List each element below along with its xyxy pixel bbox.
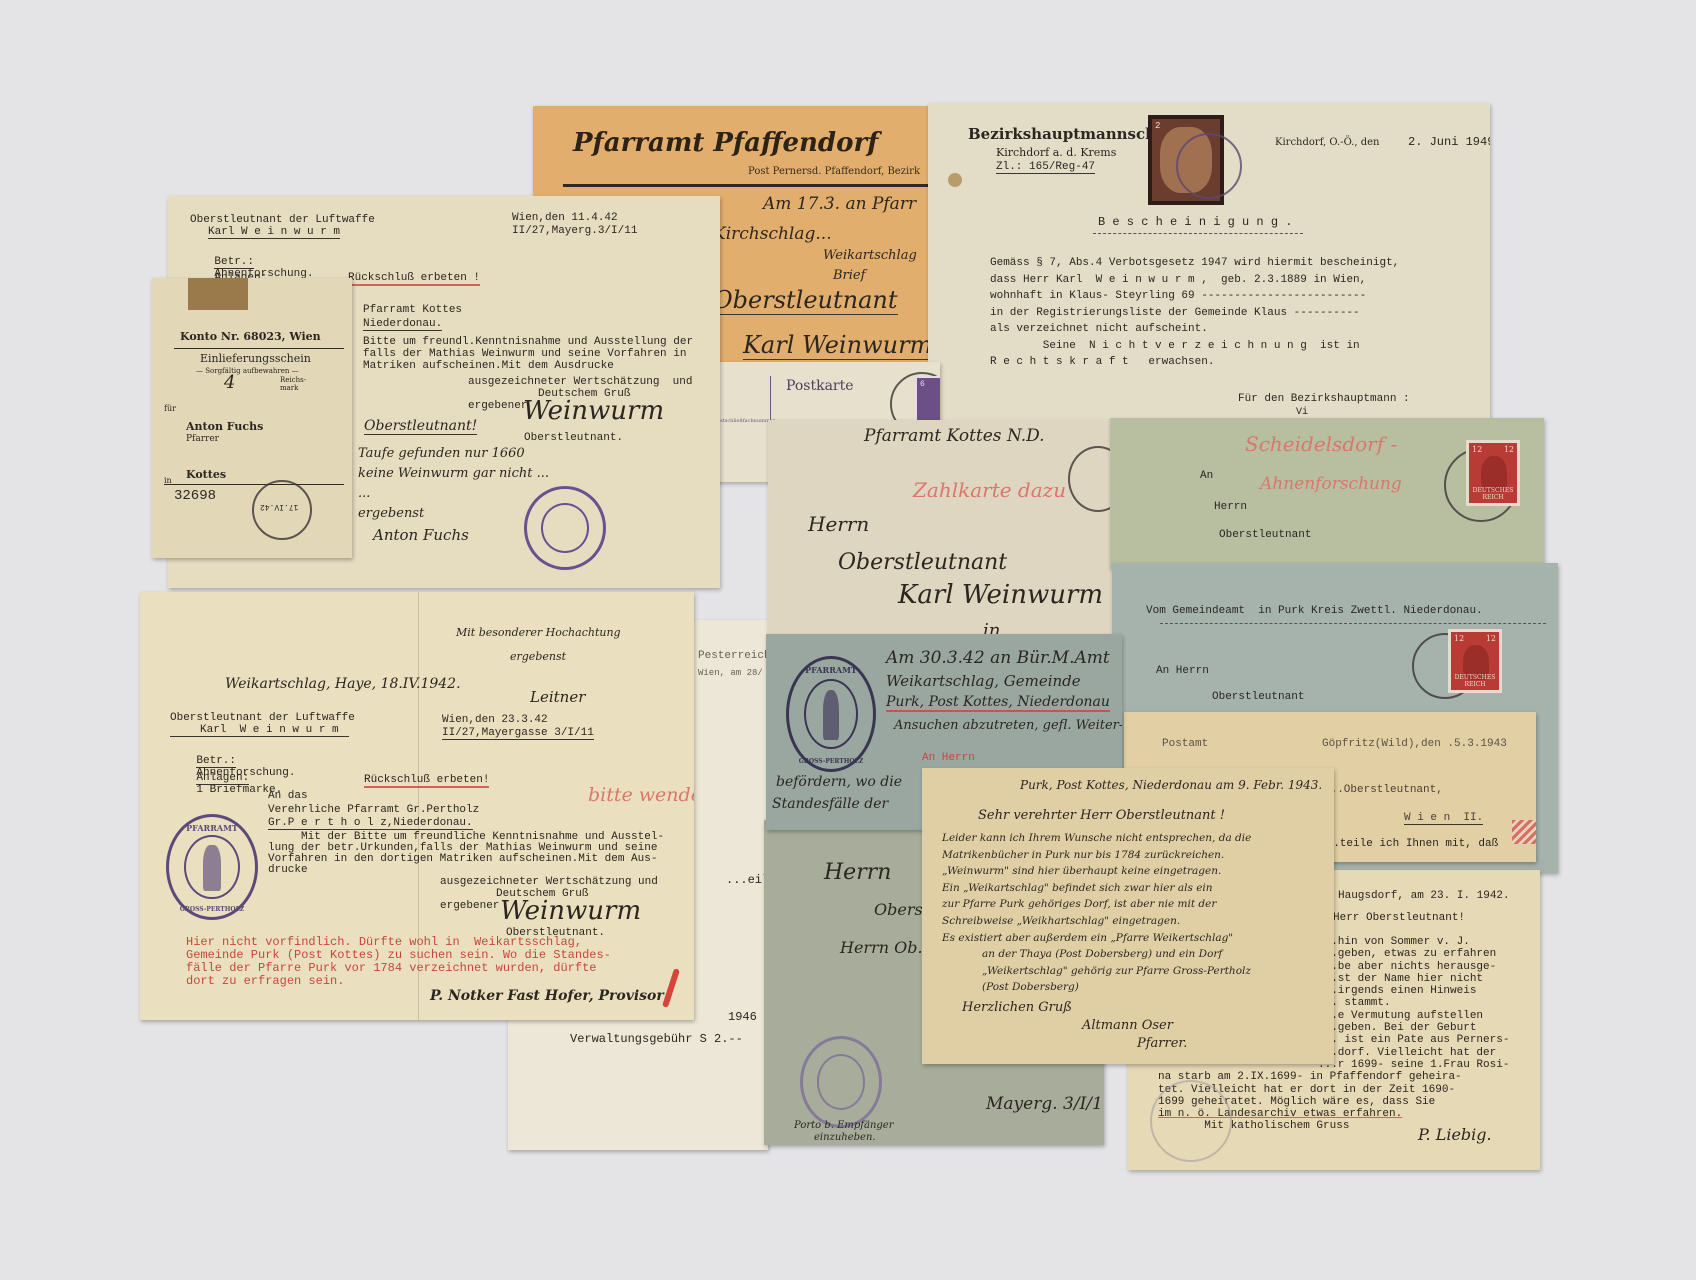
amount-reichsmark: 4 [224, 372, 235, 393]
signature: Altmann Oser [1082, 1018, 1173, 1033]
body-line: na starb am 2.IX.1699- in Pfaffendorf ge… [1158, 1071, 1509, 1083]
payee-title: Pfarrer [186, 434, 219, 444]
address-line: Herrn [808, 512, 869, 536]
body-line: Seine N i c h t v e r z e i c h n u n g … [990, 338, 1399, 355]
certificate-signature-line: Für den Bezirkshauptmann : [1238, 393, 1410, 405]
letter-sender: Postamt [1162, 738, 1208, 750]
sender-name: Karl W e i n w u r m [208, 226, 340, 239]
handwritten-note: Purk, Post Kottes, Niederdonau [886, 694, 1110, 712]
handwritten-closing: Leitner [530, 688, 585, 706]
handwritten-note: Am 30.3.42 an Bür.M.Amt [886, 648, 1110, 668]
handwritten-closing: ergebenst [510, 650, 566, 663]
letter-date: Haugsdorf, am 23. I. 1942. [1338, 890, 1510, 902]
body-line: ...teile ich Ihnen mit, daß [1320, 838, 1498, 850]
handwritten-address: Herrn Ob... [840, 938, 933, 957]
letter-closing: Herzlichen Gruß [962, 1000, 1072, 1015]
letter-date: Wien,den 23.3.42 [442, 714, 548, 726]
certificate-body: Gemäss § 7, Abs.4 Verbotsgesetz 1947 wir… [990, 255, 1399, 371]
form-note: — Sorgfältig aufbewahren — [196, 367, 299, 375]
handwritten-note-line-6: Karl Weinwurm [743, 331, 932, 360]
handwritten-reply: Taufe gefunden nur 1660 [358, 446, 525, 461]
enclosure: Anlagen: 1 Briefmarke. [170, 760, 282, 808]
body-line: als verzeichnet nicht aufscheint. [990, 321, 1399, 338]
seal-text: PFARRAMT [789, 665, 873, 675]
slip-rule [164, 484, 344, 485]
certificate-reference: Zl.: 165/Reg-47 [996, 161, 1095, 174]
letterhead-rule [563, 184, 933, 187]
body-line: falls der Mathias Weinwurm und seine Vor… [363, 348, 686, 360]
fee-document-fragment: ...eiliche [726, 873, 768, 887]
authority-seal [1176, 133, 1242, 199]
recipient-line: Pfarramt Kottes [363, 304, 462, 316]
envelope-sender: Pfarramt Kottes N.D. [864, 426, 1045, 446]
weikertschlag-parish-seal [800, 1036, 882, 1128]
address-line: An [1200, 470, 1213, 482]
stamp-value: 12 [1486, 634, 1496, 643]
body-line: dass Herr Karl W e i n w u r m , geb. 2.… [990, 272, 1399, 289]
paper-patch [188, 278, 248, 310]
body-line: Matriken aufscheinen.Mit dem Ausdrucke [363, 360, 614, 372]
handwritten-reply: ... [358, 486, 370, 501]
handwritten-note-line-4: Brief [833, 268, 865, 283]
reply-request: Rückschluß erbeten! [364, 774, 489, 788]
postkarte-small-label: Postschließfachnummer [714, 418, 775, 424]
recipient-line: W i e n II. [1404, 812, 1483, 825]
body-line: in der Registrierungsliste der Gemeinde … [990, 305, 1399, 322]
kottes-envelope: Pfarramt Kottes N.D. Zahlkarte dazu Herr… [768, 420, 1130, 650]
body-line: zur Pfarre Purk gehöriges Dorf, ist aber… [942, 896, 1251, 913]
body-line: drucke [268, 864, 308, 876]
signature: Weinwurm [523, 396, 664, 426]
stamp-value: 12 [1472, 445, 1482, 454]
seal-text: GROSS-PERTHOLZ [169, 906, 255, 913]
letter-body: Leider kann ich Ihrem Wunsche nicht ents… [942, 830, 1251, 996]
receipt-number: 32698 [174, 488, 216, 504]
address-line: Herrn [1214, 501, 1247, 513]
body-line: an der Thaya (Post Dobersberg) und ein D… [942, 946, 1251, 963]
red-note: Scheidelsdorf - [1245, 432, 1397, 456]
punch-hole [948, 173, 962, 187]
letter-address: II/27,Mayerg.3/I/11 [512, 225, 637, 237]
body-line: Matrikenbücher in Purk nur bis 1784 zurü… [942, 847, 1251, 864]
handwritten-note-left: befördern, wo die [776, 774, 902, 790]
recipient-line: Niederdonau. [363, 318, 442, 331]
closing-line: ergebener [468, 400, 527, 412]
handwritten-note-line-5: Oberstleutnant [713, 286, 898, 315]
recipient-line: An das [268, 790, 308, 802]
certificate-signature-prefix: Vi [1296, 407, 1308, 418]
certificate-1949: Bezirkshauptmannschaft Kirchdorf a. d. K… [928, 103, 1490, 423]
handwritten-note-line-1: Am 17.3. an Pfarr [763, 194, 916, 214]
purk-handwritten-letter-1943: Purk, Post Kottes, Niederdonau am 9. Feb… [922, 768, 1334, 1064]
address-line: Karl Weinwurm [898, 580, 1103, 610]
grosspertholz-letter-1942: Weikartschlag, Haye, 18.IV.1942. Mit bes… [140, 592, 694, 1020]
amount-label: Reichs-mark [280, 376, 306, 392]
certificate-date-line: Kirchdorf, O.-Ö., den [1275, 137, 1379, 148]
letter-date: Göpfritz(Wild),den .5.3.1943 [1322, 738, 1507, 750]
account-number: Konto Nr. 68023, Wien [180, 330, 321, 343]
body-line: Leider kann ich Ihrem Wunsche nicht ents… [942, 830, 1251, 847]
postmark-date: 17.IV.42 [260, 502, 298, 511]
haugsdorf-parish-seal [1150, 1080, 1232, 1162]
handwritten-address: Herrn [824, 860, 891, 885]
slip-rule [174, 348, 344, 349]
closing-line: ausgezeichneter Wertschätzung und [440, 876, 658, 888]
body-line: „Weinwurm" sind hier überhaupt keine ein… [942, 863, 1251, 880]
body-line: wohnhaft in Klaus- Steyrling 69 --------… [990, 288, 1399, 305]
letter-address: II/27,Mayergasse 3/I/11 [442, 727, 594, 740]
red-note: Zahlkarte dazu [913, 478, 1066, 502]
body-line: Ein „Weikartschlag" befindet sich zwar h… [942, 880, 1251, 897]
postage-stamp-value: 6 [920, 380, 925, 389]
signature-title: Oberstleutnant. [524, 432, 623, 444]
handwritten-reply: ergebenst [358, 506, 424, 521]
closing-line: ausgezeichneter Wertschätzung und [468, 376, 692, 388]
handwritten-reply: Oberstleutnant! [364, 418, 477, 435]
handwritten-address: Mayerg. 3/I/11. [986, 1094, 1104, 1114]
red-typed-reply: Hier nicht vorfindlich. Dürfte wohl in W… [186, 936, 611, 988]
handwritten-note: Weikartschlag, Gemeinde [886, 672, 1081, 690]
address-line: An Herrn [1156, 665, 1209, 677]
signature: Weinwurm [500, 896, 641, 926]
seal-text: PFARRAMT [169, 823, 255, 833]
red-address: An Herrn [922, 752, 975, 764]
sender-name: Karl W e i n w u r m [170, 724, 349, 737]
postage-stamp-12: 12 12 DEUTSCHES REICH [1466, 440, 1520, 506]
seal-text: GROSS-PERTHOLZ [789, 758, 873, 765]
grosspertholz-parish-seal: PFARRAMT GROSS-PERTHOLZ [166, 814, 258, 920]
body-line: (Post Dobersberg) [942, 979, 1251, 996]
postage-due-note: einzuheben. [814, 1132, 876, 1143]
handwritten-reply: keine Weinwurm gar nicht ... [358, 466, 549, 481]
payee-name: Anton Fuchs [186, 420, 263, 433]
stamp-label: DEUTSCHES REICH [1451, 674, 1499, 688]
for-label: für [164, 404, 176, 413]
slip-place: Kottes [186, 468, 226, 481]
address-line: Oberstleutnant [1212, 691, 1304, 703]
reply-line: dort zu erfragen sein. [186, 975, 611, 988]
fee-document-year: 1946 [728, 1010, 757, 1024]
signature-title: Pfarrer. [1137, 1036, 1187, 1051]
payment-slip: Konto Nr. 68023, Wien Einlieferungsschei… [152, 278, 352, 558]
fee-stamp-value: 2 [1155, 121, 1160, 131]
body-line: Es existiert aber außerdem ein „Pfarre W… [942, 930, 1251, 947]
reply-request: Rückschluß erbeten ! [348, 272, 480, 286]
stamp-label: DEUTSCHES REICH [1469, 487, 1517, 501]
certificate-title: B e s c h e i n i g u n g . [1098, 215, 1292, 229]
kottes-parish-seal [524, 486, 606, 570]
letter-date-line: Purk, Post Kottes, Niederdonau am 9. Feb… [1020, 778, 1322, 792]
certificate-date: 2. Juni 1949. [1408, 135, 1490, 149]
letter-salutation: Sehr verehrter Herr Oberstleutnant ! [978, 808, 1225, 823]
body-line: Gemäss § 7, Abs.4 Verbotsgesetz 1947 wir… [990, 255, 1399, 272]
red-annotation: bitte wenden! [588, 784, 694, 806]
form-title: Einlieferungsschein [200, 352, 311, 365]
recipient-line: Gr.P e r t h o l z,Niederdonau. [268, 817, 473, 830]
reply-signature: P. Notker Fast Hofer, Provisor [430, 988, 664, 1004]
body-line: „Weikertschlag" gehörig zur Pfarre Gross… [942, 963, 1251, 980]
red-note: Ahnenforschung [1260, 474, 1402, 494]
body-line: Vorfahren in den dortigen Matriken aufsc… [268, 853, 657, 865]
recipient-line: ...Oberstleutnant, [1324, 784, 1443, 796]
pfaffendorf-letterhead: Pfarramt Pfaffendorf [573, 128, 878, 158]
letter-salutation: Herr Oberstleutnant! [1333, 912, 1465, 924]
handwritten-note: Ansuchen abzutreten, gefl. Weiter- [894, 718, 1122, 733]
postkarte-label: Postkarte [786, 378, 854, 394]
title-underline [1093, 233, 1303, 234]
sender-rank: Oberstleutnant der Luftwaffe [170, 712, 355, 724]
pfaffendorf-post-line: Post Pernersd. Pfaffendorf, Bezirk [748, 166, 920, 177]
body-line: R e c h t s k r a f t erwachsen. [990, 354, 1399, 371]
body-line: Bitte um freundl.Kenntnisnahme und Ausst… [363, 336, 693, 348]
fee-document-fragment: Pesterreich [698, 650, 768, 662]
red-check-mark [662, 968, 680, 1008]
handwritten-note-line-3: Weikartschlag [823, 248, 917, 263]
postage-due-note: Porto b. Empfänger [794, 1120, 894, 1131]
red-stripe-corner [1512, 820, 1536, 844]
signature: P. Liebig. [1418, 1125, 1492, 1144]
green-envelope-goepfritz: Scheidelsdorf - Ahnenforschung An Herrn … [1110, 418, 1544, 568]
fee-document-fragment: Wien, am 28/ [698, 668, 763, 678]
envelope-sender: Vom Gemeindeamt in Purk Kreis Zwettl. Ni… [1146, 605, 1483, 617]
handwritten-closing: Mit besonderer Hochachtung [456, 626, 621, 639]
certificate-place: Kirchdorf a. d. Krems [996, 146, 1116, 159]
letter-date: Wien,den 11.4.42 [512, 212, 618, 224]
sender-underline [1160, 623, 1546, 624]
recipient-line: Verehrliche Pfarramt Gr.Pertholz [268, 804, 479, 816]
grosspertholz-parish-seal: PFARRAMT GROSS-PERTHOLZ [786, 656, 876, 772]
sender-rank: Oberstleutnant der Luftwaffe [190, 214, 375, 226]
handwritten-note-left: Standesfälle der [772, 796, 888, 812]
body-line: Schreibweise „Weikhartschlag" eingetrage… [942, 913, 1251, 930]
handwritten-reply: Anton Fuchs [373, 526, 469, 544]
stamp-value: 12 [1504, 445, 1514, 454]
address-line: Oberstleutnant [1219, 529, 1311, 541]
address-line: Oberstleutnant [838, 550, 1007, 575]
handwritten-note-line-2: Kirchschlag... [713, 224, 832, 244]
handwritten-header: Weikartschlag, Haye, 18.IV.1942. [225, 676, 461, 692]
closing-line: ergebener [440, 900, 499, 912]
postage-stamp-12: 12 12 DEUTSCHES REICH [1448, 629, 1502, 693]
stamp-value: 12 [1454, 634, 1464, 643]
fee-document-fee: Verwaltungsgebühr S 2.-- [570, 1032, 743, 1046]
